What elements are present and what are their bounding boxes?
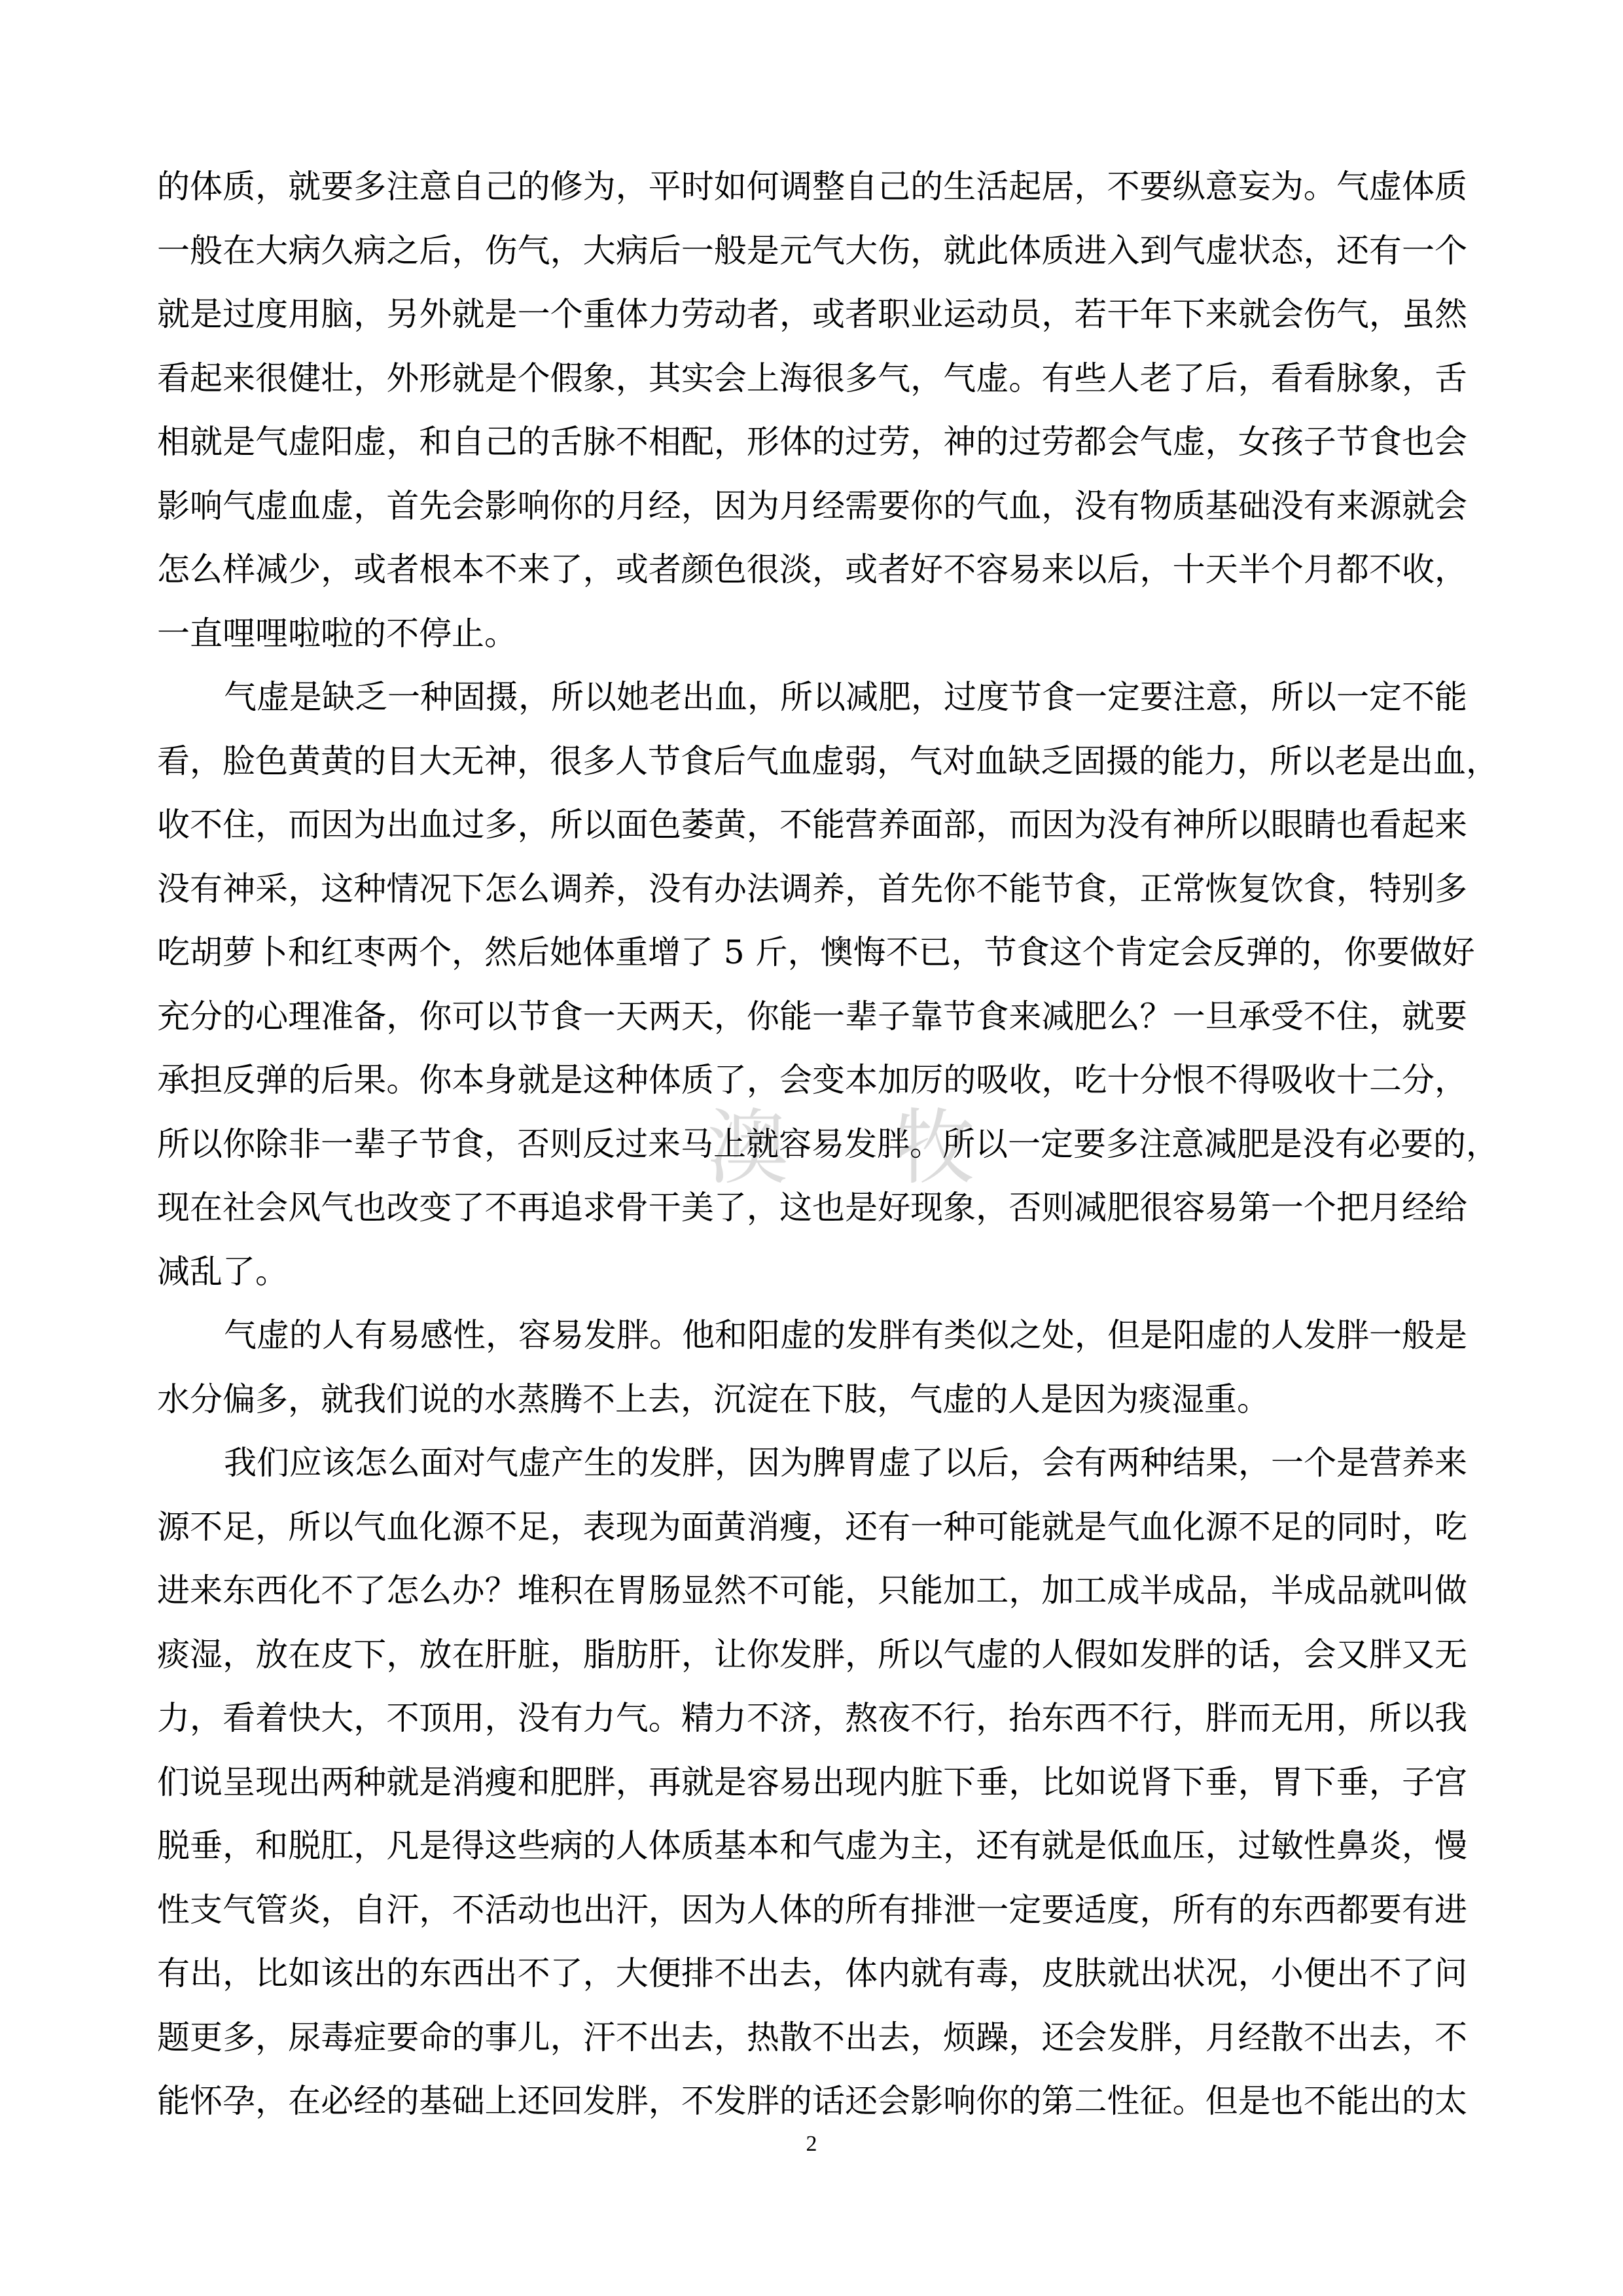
text-line: 脱垂，和脱肛，凡是得这些病的人体质基本和气虚为主，还有就是低血压，过敏性鼻炎，慢 — [157, 1823, 1467, 1887]
text-line: 减乱了。 — [157, 1249, 1467, 1313]
text-line: 一直哩哩啦啦的不停止。 — [157, 611, 1467, 675]
text-line: 气虚的人有易感性，容易发胖。他和阳虚的发胖有类似之处，但是阳虚的人发胖一般是 — [157, 1312, 1467, 1376]
text-line: 我们应该怎么面对气虚产生的发胖，因为脾胃虚了以后，会有两种结果，一个是营养来 — [157, 1440, 1467, 1504]
text-line: 能怀孕，在必经的基础上还回发胖，不发胖的话还会影响你的第二性征。但是也不能出的太 — [157, 2078, 1467, 2142]
text-line: 所以你除非一辈子节食，否则反过来马上就容易发胖。所以一定要多注意减肥是没有必要的… — [157, 1121, 1467, 1185]
text-line: 怎么样减少，或者根本不来了，或者颜色很淡，或者好不容易来以后，十天半个月都不收， — [157, 547, 1467, 611]
text-line: 源不足，所以气血化源不足，表现为面黄消瘦，还有一种可能就是气血化源不足的同时，吃 — [157, 1504, 1467, 1568]
text-line: 痰湿，放在皮下，放在肝脏，脂肪肝，让你发胖，所以气虚的人假如发胖的话，会又胖又无 — [157, 1632, 1467, 1696]
text-line: 现在社会风气也改变了不再追求骨干美了，这也是好现象，否则减肥很容易第一个把月经给 — [157, 1185, 1467, 1249]
text-line: 收不住，而因为出血过多，所以面色萎黄，不能营养面部，而因为没有神所以眼睛也看起来 — [157, 802, 1467, 866]
document-page: 澳 牧 的体质，就要多注意自己的修为，平时如何调整自己的生活起居，不要纵意妄为。… — [0, 0, 1623, 2296]
text-line: 力，看着快大，不顶用，没有力气。精力不济，熬夜不行，抬东西不行，胖而无用，所以我 — [157, 1695, 1467, 1759]
paragraph-4: 我们应该怎么面对气虚产生的发胖，因为脾胃虚了以后，会有两种结果，一个是营养来 源… — [157, 1440, 1467, 2142]
text-line: 一般在大病久病之后，伤气，大病后一般是元气大伤，就此体质进入到气虚状态，还有一个 — [157, 228, 1467, 292]
text-line: 看起来很健壮，外形就是个假象，其实会上海很多气，气虚。有些人老了后，看看脉象，舌 — [157, 355, 1467, 420]
paragraph-3: 气虚的人有易感性，容易发胖。他和阳虚的发胖有类似之处，但是阳虚的人发胖一般是 水… — [157, 1312, 1467, 1440]
body-text: 的体质，就要多注意自己的修为，平时如何调整自己的生活起居，不要纵意妄为。气虚体质… — [157, 164, 1467, 2142]
text-line: 们说呈现出两种就是消瘦和肥胖，再就是容易出现内脏下垂，比如说肾下垂，胃下垂，子宫 — [157, 1759, 1467, 1823]
text-line: 吃胡萝卜和红枣两个，然后她体重增了 5 斤，懊悔不已，节食这个肯定会反弹的，你要… — [157, 929, 1467, 994]
text-line: 气虚是缺乏一种固摄，所以她老出血，所以减肥，过度节食一定要注意，所以一定不能 — [157, 674, 1467, 738]
paragraph-1: 的体质，就要多注意自己的修为，平时如何调整自己的生活起居，不要纵意妄为。气虚体质… — [157, 164, 1467, 674]
text-line: 充分的心理准备，你可以节食一天两天，你能一辈子靠节食来减肥么？一旦承受不住，就要 — [157, 994, 1467, 1058]
text-line: 影响气虚血虚，首先会影响你的月经，因为月经需要你的气血，没有物质基础没有来源就会 — [157, 483, 1467, 547]
text-line: 看，脸色黄黄的目大无神，很多人节食后气血虚弱，气对血缺乏固摄的能力，所以老是出血… — [157, 738, 1467, 802]
text-line: 承担反弹的后果。你本身就是这种体质了，会变本加厉的吸收，吃十分恨不得吸收十二分， — [157, 1057, 1467, 1121]
text-line: 性支气管炎，自汗，不活动也出汗，因为人体的所有排泄一定要适度，所有的东西都要有进 — [157, 1887, 1467, 1951]
text-line: 有出，比如该出的东西出不了，大便排不出去，体内就有毒，皮肤就出状况，小便出不了问 — [157, 1950, 1467, 2015]
text-line: 题更多，尿毒症要命的事儿，汗不出去，热散不出去，烦躁，还会发胖，月经散不出去，不 — [157, 2015, 1467, 2079]
text-line: 没有神采，这种情况下怎么调养，没有办法调养，首先你不能节食，正常恢复饮食，特别多 — [157, 866, 1467, 930]
text-line: 水分偏多，就我们说的水蒸腾不上去，沉淀在下肢，气虚的人是因为痰湿重。 — [157, 1376, 1467, 1441]
text-line: 相就是气虚阳虚，和自己的舌脉不相配，形体的过劳，神的过劳都会气虚，女孩子节食也会 — [157, 419, 1467, 483]
text-line: 的体质，就要多注意自己的修为，平时如何调整自己的生活起居，不要纵意妄为。气虚体质 — [157, 164, 1467, 228]
text-line: 就是过度用脑，另外就是一个重体力劳动者，或者职业运动员，若干年下来就会伤气，虽然 — [157, 291, 1467, 355]
text-line: 进来东西化不了怎么办？堆积在胃肠显然不可能，只能加工，加工成半成品，半成品就叫做 — [157, 1568, 1467, 1632]
paragraph-2: 气虚是缺乏一种固摄，所以她老出血，所以减肥，过度节食一定要注意，所以一定不能 看… — [157, 674, 1467, 1312]
